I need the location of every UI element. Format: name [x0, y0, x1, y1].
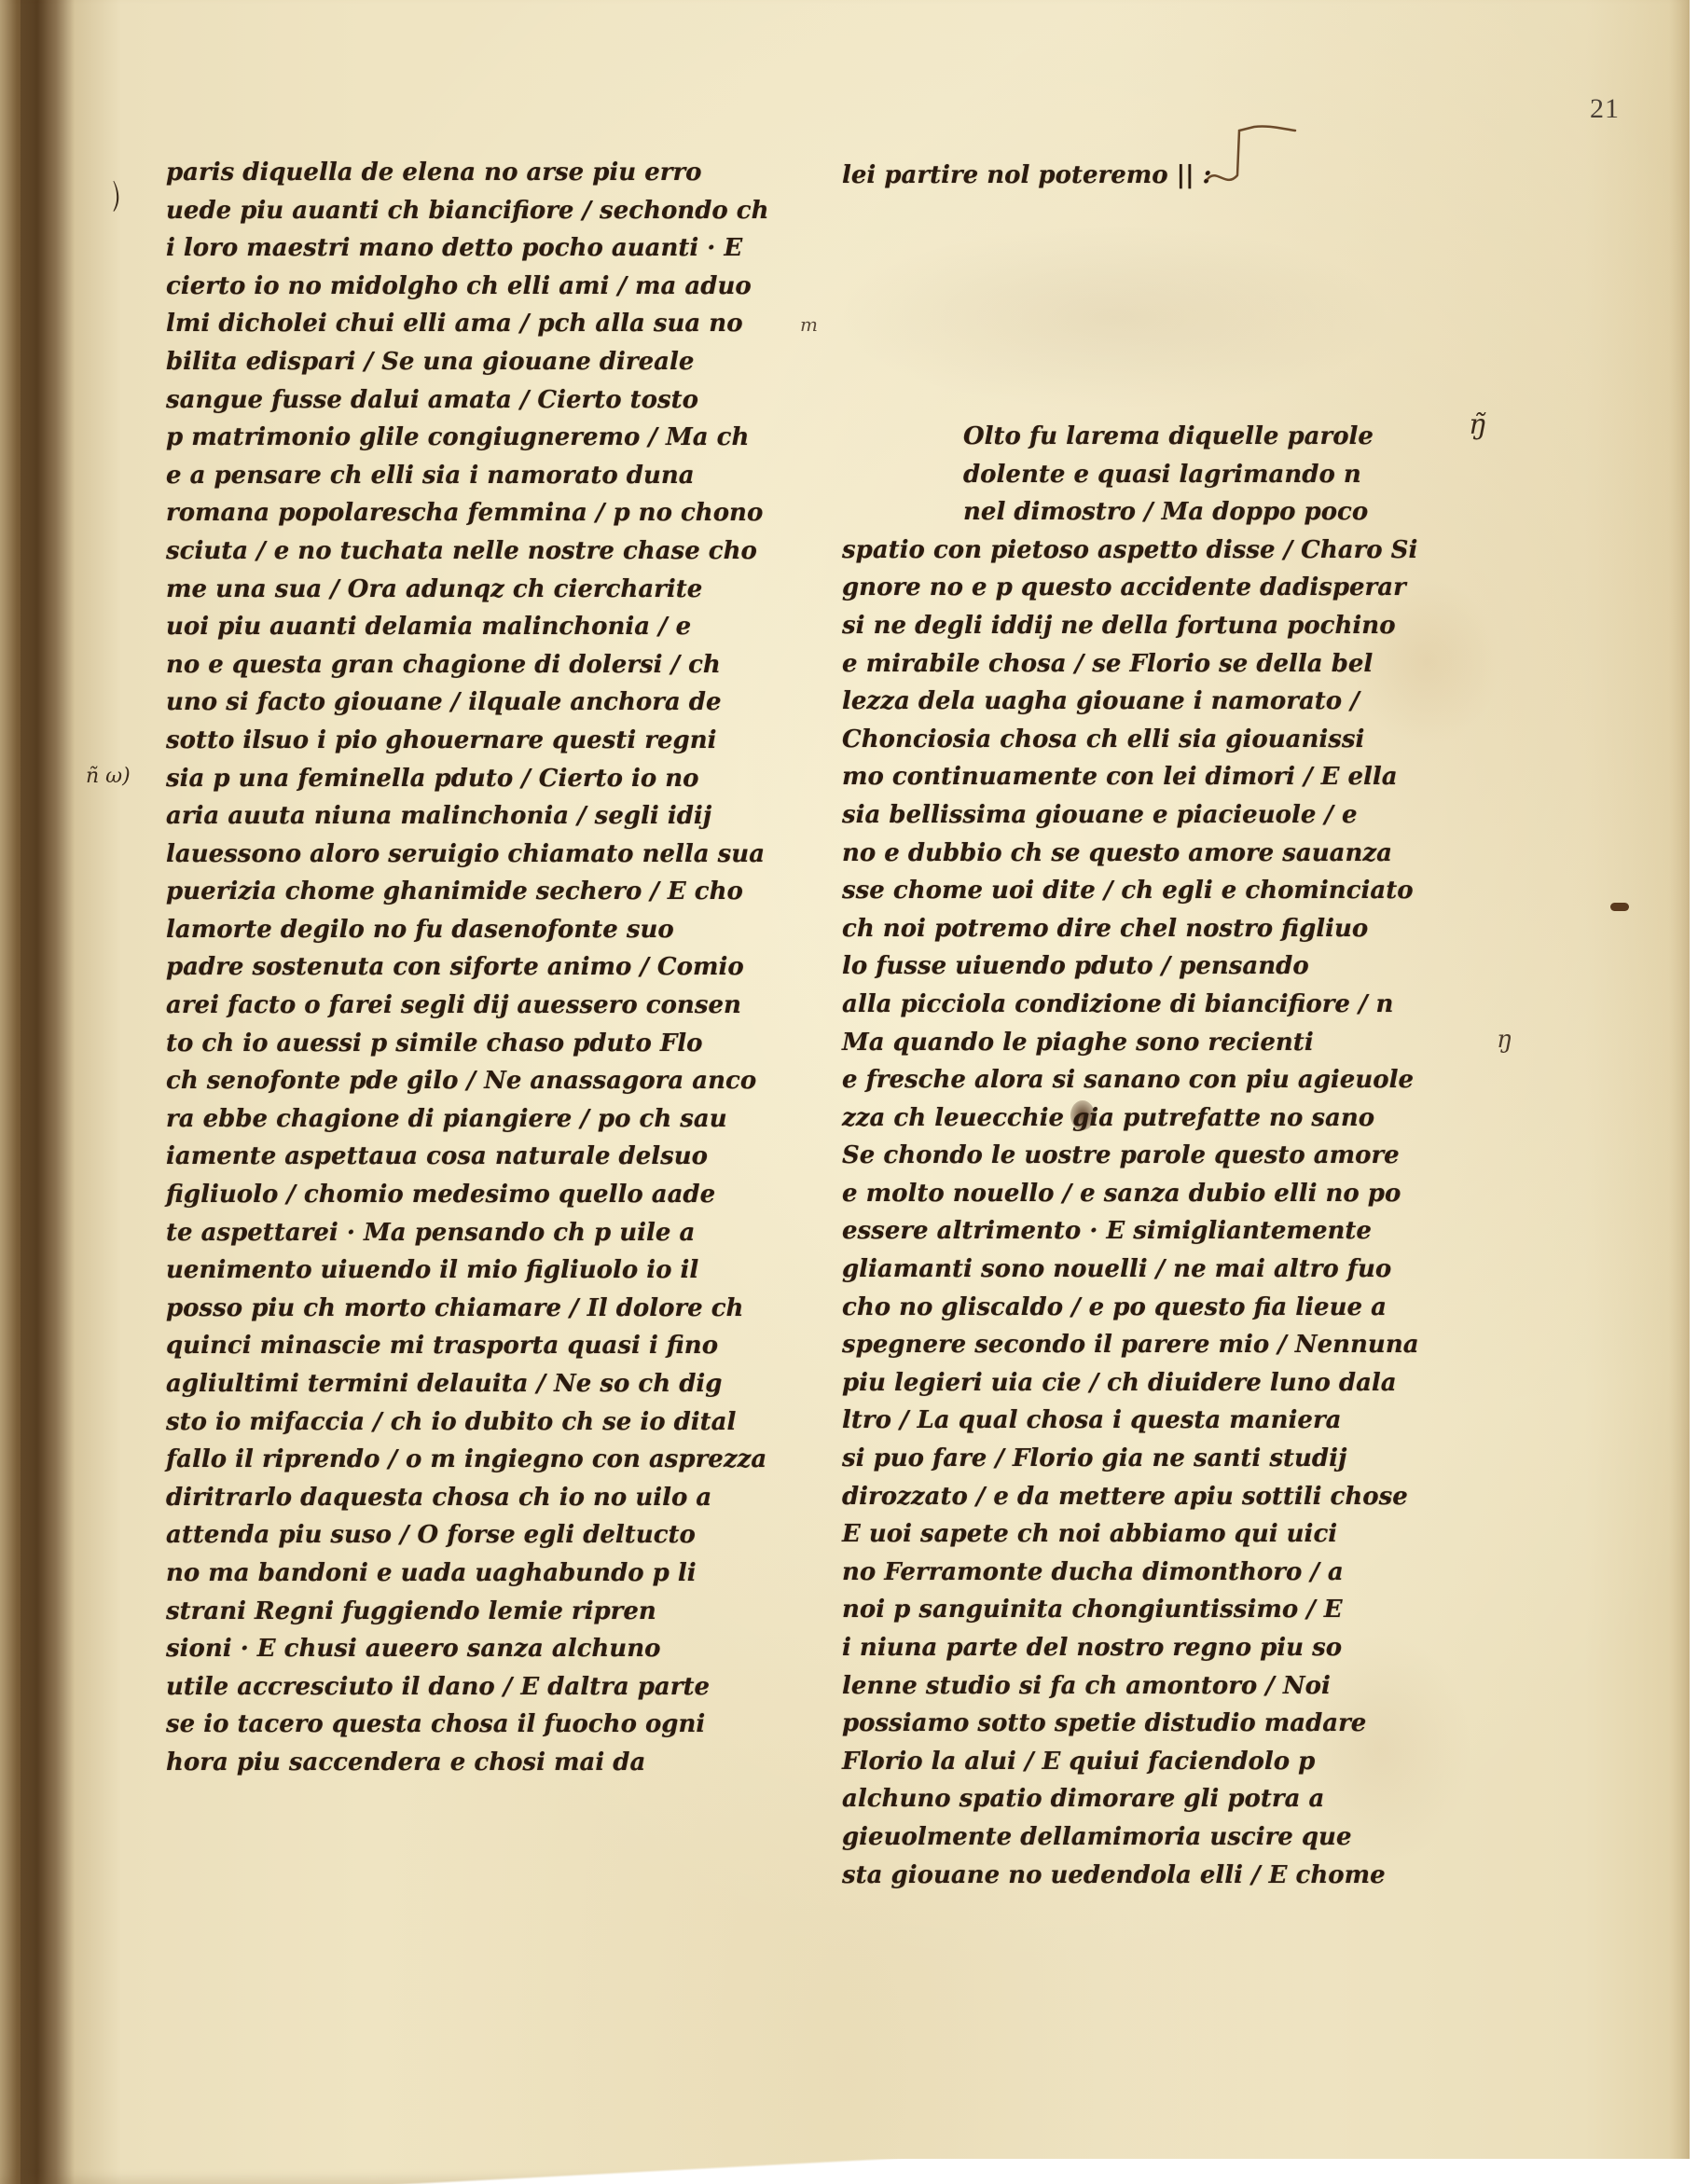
text-line: Florio la alui / E quiui faciendolo p	[842, 1743, 1401, 1781]
text-line: i loro maestri mano detto pocho auanti ·…	[166, 229, 763, 268]
text-line: bilita edispari / Se una giouane direale	[166, 343, 763, 381]
text-line: figliuolo / chomio medesimo quello aade	[166, 1176, 763, 1214]
text-line: zza ch leuecchie gia putrefatte no sano	[842, 1099, 1401, 1138]
text-line: aria auuta niuna malinchonia / segli idi…	[166, 797, 763, 836]
folio-number: 21	[1590, 93, 1620, 125]
text-line: strani Regni fuggiendo lemie ripren	[166, 1593, 763, 1631]
text-line: puerizia chome ghanimide sechero / E cho	[166, 873, 763, 911]
text-line: no Ferramonte ducha dimonthoro / a	[842, 1554, 1401, 1592]
text-line: ch noi potremo dire chel nostro figliuo	[842, 910, 1401, 948]
text-line: e mirabile chosa / se Florio se della be…	[842, 645, 1401, 684]
text-line: si puo fare / Florio gia ne santi studij	[842, 1440, 1401, 1478]
show-through-text	[835, 224, 1394, 410]
text-line: Ma quando le piaghe sono recienti	[842, 1024, 1401, 1062]
line-end-flourish-icon	[1198, 121, 1301, 196]
text-line: e a pensare ch elli sia i namorato duna	[166, 457, 763, 495]
text-line: sangue fusse dalui amata / Cierto tosto	[166, 381, 763, 420]
margin-note-right-2: ŋ	[1497, 1026, 1512, 1054]
text-line: spegnere secondo il parere mio / Nennuna	[842, 1326, 1401, 1364]
text-line: alchuno spatio dimorare gli potra a	[842, 1780, 1401, 1818]
text-line: possiamo sotto spetie distudio madare	[842, 1705, 1401, 1743]
text-line: sta giouane no uedendola elli / E chome	[842, 1857, 1401, 1895]
text-line: sciuta / e no tuchata nelle nostre chase…	[166, 532, 763, 571]
text-line: uenimento uiuendo il mio figliuolo io il	[166, 1251, 763, 1290]
margin-note-left: ñ ω)	[86, 765, 131, 788]
text-line: dolente e quasi lagrimando n	[842, 456, 1401, 494]
text-line: lezza dela uagha giouane i namorato /	[842, 683, 1401, 721]
text-line: lamorte degilo no fu dasenofonte suo	[166, 911, 763, 949]
text-line: ra ebbe chagione di piangiere / po ch sa…	[166, 1100, 763, 1139]
text-line: se io tacero questa chosa il fuocho ogni	[166, 1706, 763, 1744]
text-line: uno si facto giouane / ilquale anchora d…	[166, 684, 763, 722]
text-line: sia p una feminella pduto / Cierto io no	[166, 760, 763, 798]
text-line: me una sua / Ora adunqz ch ciercharite	[166, 571, 763, 609]
text-line: noi p sanguinita chongiuntissimo / E	[842, 1591, 1401, 1629]
text-line: gliamanti sono nouelli / ne mai altro fu…	[842, 1251, 1401, 1289]
text-line: te aspettarei · Ma pensando ch p uile a	[166, 1214, 763, 1252]
text-line: sioni · E chusi aueero sanza alchuno	[166, 1630, 763, 1668]
text-line: p matrimonio glile congiugneremo / Ma ch	[166, 419, 763, 457]
text-line: uoi piu auanti delamia malinchonia / e	[166, 608, 763, 646]
text-line: paris diquella de elena no arse piu erro	[166, 154, 763, 192]
ink-spot	[1610, 903, 1629, 911]
text-line: iamente aspettaua cosa naturale delsuo	[166, 1138, 763, 1176]
text-line: piu legieri uia cie / ch diuidere luno d…	[842, 1364, 1401, 1403]
text-line: sotto ilsuo i pio ghouernare questi regn…	[166, 722, 763, 760]
text-line: spatio con pietoso aspetto disse / Charo…	[842, 532, 1401, 570]
text-line: Olto fu larema diquelle parole	[842, 418, 1401, 456]
text-line: si ne degli iddij ne della fortuna pochi…	[842, 607, 1401, 645]
text-line: quinci minascie mi trasporta quasi i fin…	[166, 1327, 763, 1365]
text-line: cierto io no midolgho ch elli ami / ma a…	[166, 268, 763, 306]
text-line: essere altrimento · E simigliantemente	[842, 1212, 1401, 1251]
text-line: fallo il riprendo / o m ingiegno con asp…	[166, 1441, 763, 1479]
text-line: lenne studio si fa ch amontoro / Noi	[842, 1667, 1401, 1706]
right-column-section-end: lei partire nol poteremo || :	[842, 157, 1439, 195]
manuscript-folio: 21 paris diquella de elena no arse piu e…	[0, 0, 1690, 2184]
text-line: gnore no e p questo accidente dadisperar	[842, 569, 1401, 607]
text-line: no e questa gran chagione di dolersi / c…	[166, 646, 763, 684]
text-line: posso piu ch morto chiamare / Il dolore …	[166, 1290, 763, 1328]
text-line: Se chondo le uostre parole questo amore	[842, 1137, 1401, 1175]
text-line: lauessono aloro seruigio chiamato nella …	[166, 836, 763, 874]
text-line: mo continuamente con lei dimori / E ella	[842, 758, 1401, 796]
text-line: ltro / La qual chosa i questa maniera	[842, 1402, 1401, 1440]
text-line: nel dimostro / Ma doppo poco	[842, 493, 1401, 532]
text-line: ch senofonte pde gilo / Ne anassagora an…	[166, 1062, 763, 1100]
text-line: dirozzato / e da mettere apiu sottili ch…	[842, 1478, 1401, 1516]
text-line: hora piu saccendera e chosi mai da	[166, 1744, 763, 1782]
text-line: sse chome uoi dite / ch egli e chomincia…	[842, 872, 1401, 910]
margin-note-right-1: ŋ̃	[1469, 408, 1486, 441]
text-line: gieuolmente dellamimoria uscire que	[842, 1818, 1401, 1857]
text-line: e molto nouello / e sanza dubio elli no …	[842, 1175, 1401, 1213]
text-line: lmi dicholei chui elli ama / pch alla su…	[166, 305, 763, 343]
text-line: E uoi sapete ch noi abbiamo qui uici	[842, 1515, 1401, 1554]
text-line: agliultimi termini delauita / Ne so ch d…	[166, 1365, 763, 1403]
margin-note-center: m	[800, 313, 818, 336]
binding-gutter	[21, 0, 48, 2184]
text-line: utile accresciuto il dano / E daltra par…	[166, 1668, 763, 1707]
page-bottom-edge	[0, 2159, 1690, 2184]
text-line: sto io mifaccia / ch io dubito ch se io …	[166, 1403, 763, 1442]
text-line: i niuna parte del nostro regno piu so	[842, 1629, 1401, 1667]
text-line: lo fusse uiuendo pduto / pensando	[842, 947, 1401, 986]
right-text-column: Olto fu larema diquelle parole dolente e…	[842, 418, 1401, 1894]
text-line: e fresche alora si sanano con piu agieuo…	[842, 1061, 1401, 1099]
margin-bracket-mark: ⌒	[83, 175, 129, 207]
text-line: no e dubbio ch se questo amore sauanza	[842, 835, 1401, 873]
text-line: lei partire nol poteremo || :	[842, 157, 1439, 195]
text-line: alla picciola condizione di biancifiore …	[842, 986, 1401, 1024]
text-line: cho no gliscaldo / e po questo fia lieue…	[842, 1289, 1401, 1327]
text-line: arei facto o farei segli dij auessero co…	[166, 987, 763, 1025]
left-text-column: paris diquella de elena no arse piu erro…	[166, 154, 763, 1782]
text-line: no ma bandoni e uada uaghabundo p li	[166, 1555, 763, 1593]
text-line: romana popolarescha femmina / p no chono	[166, 494, 763, 532]
text-line: uede piu auanti ch biancifiore / sechond…	[166, 192, 763, 230]
text-line: sia bellissima giouane e piacieuole / e	[842, 796, 1401, 835]
text-line: attenda piu suso / O forse egli deltucto	[166, 1516, 763, 1555]
text-line: Chonciosia chosa ch elli sia giouanissi	[842, 721, 1401, 759]
text-line: diritrarlo daquesta chosa ch io no uilo …	[166, 1479, 763, 1517]
text-line: padre sostenuta con siforte animo / Comi…	[166, 948, 763, 987]
text-line: to ch io auessi p simile chaso pduto Flo	[166, 1025, 763, 1063]
